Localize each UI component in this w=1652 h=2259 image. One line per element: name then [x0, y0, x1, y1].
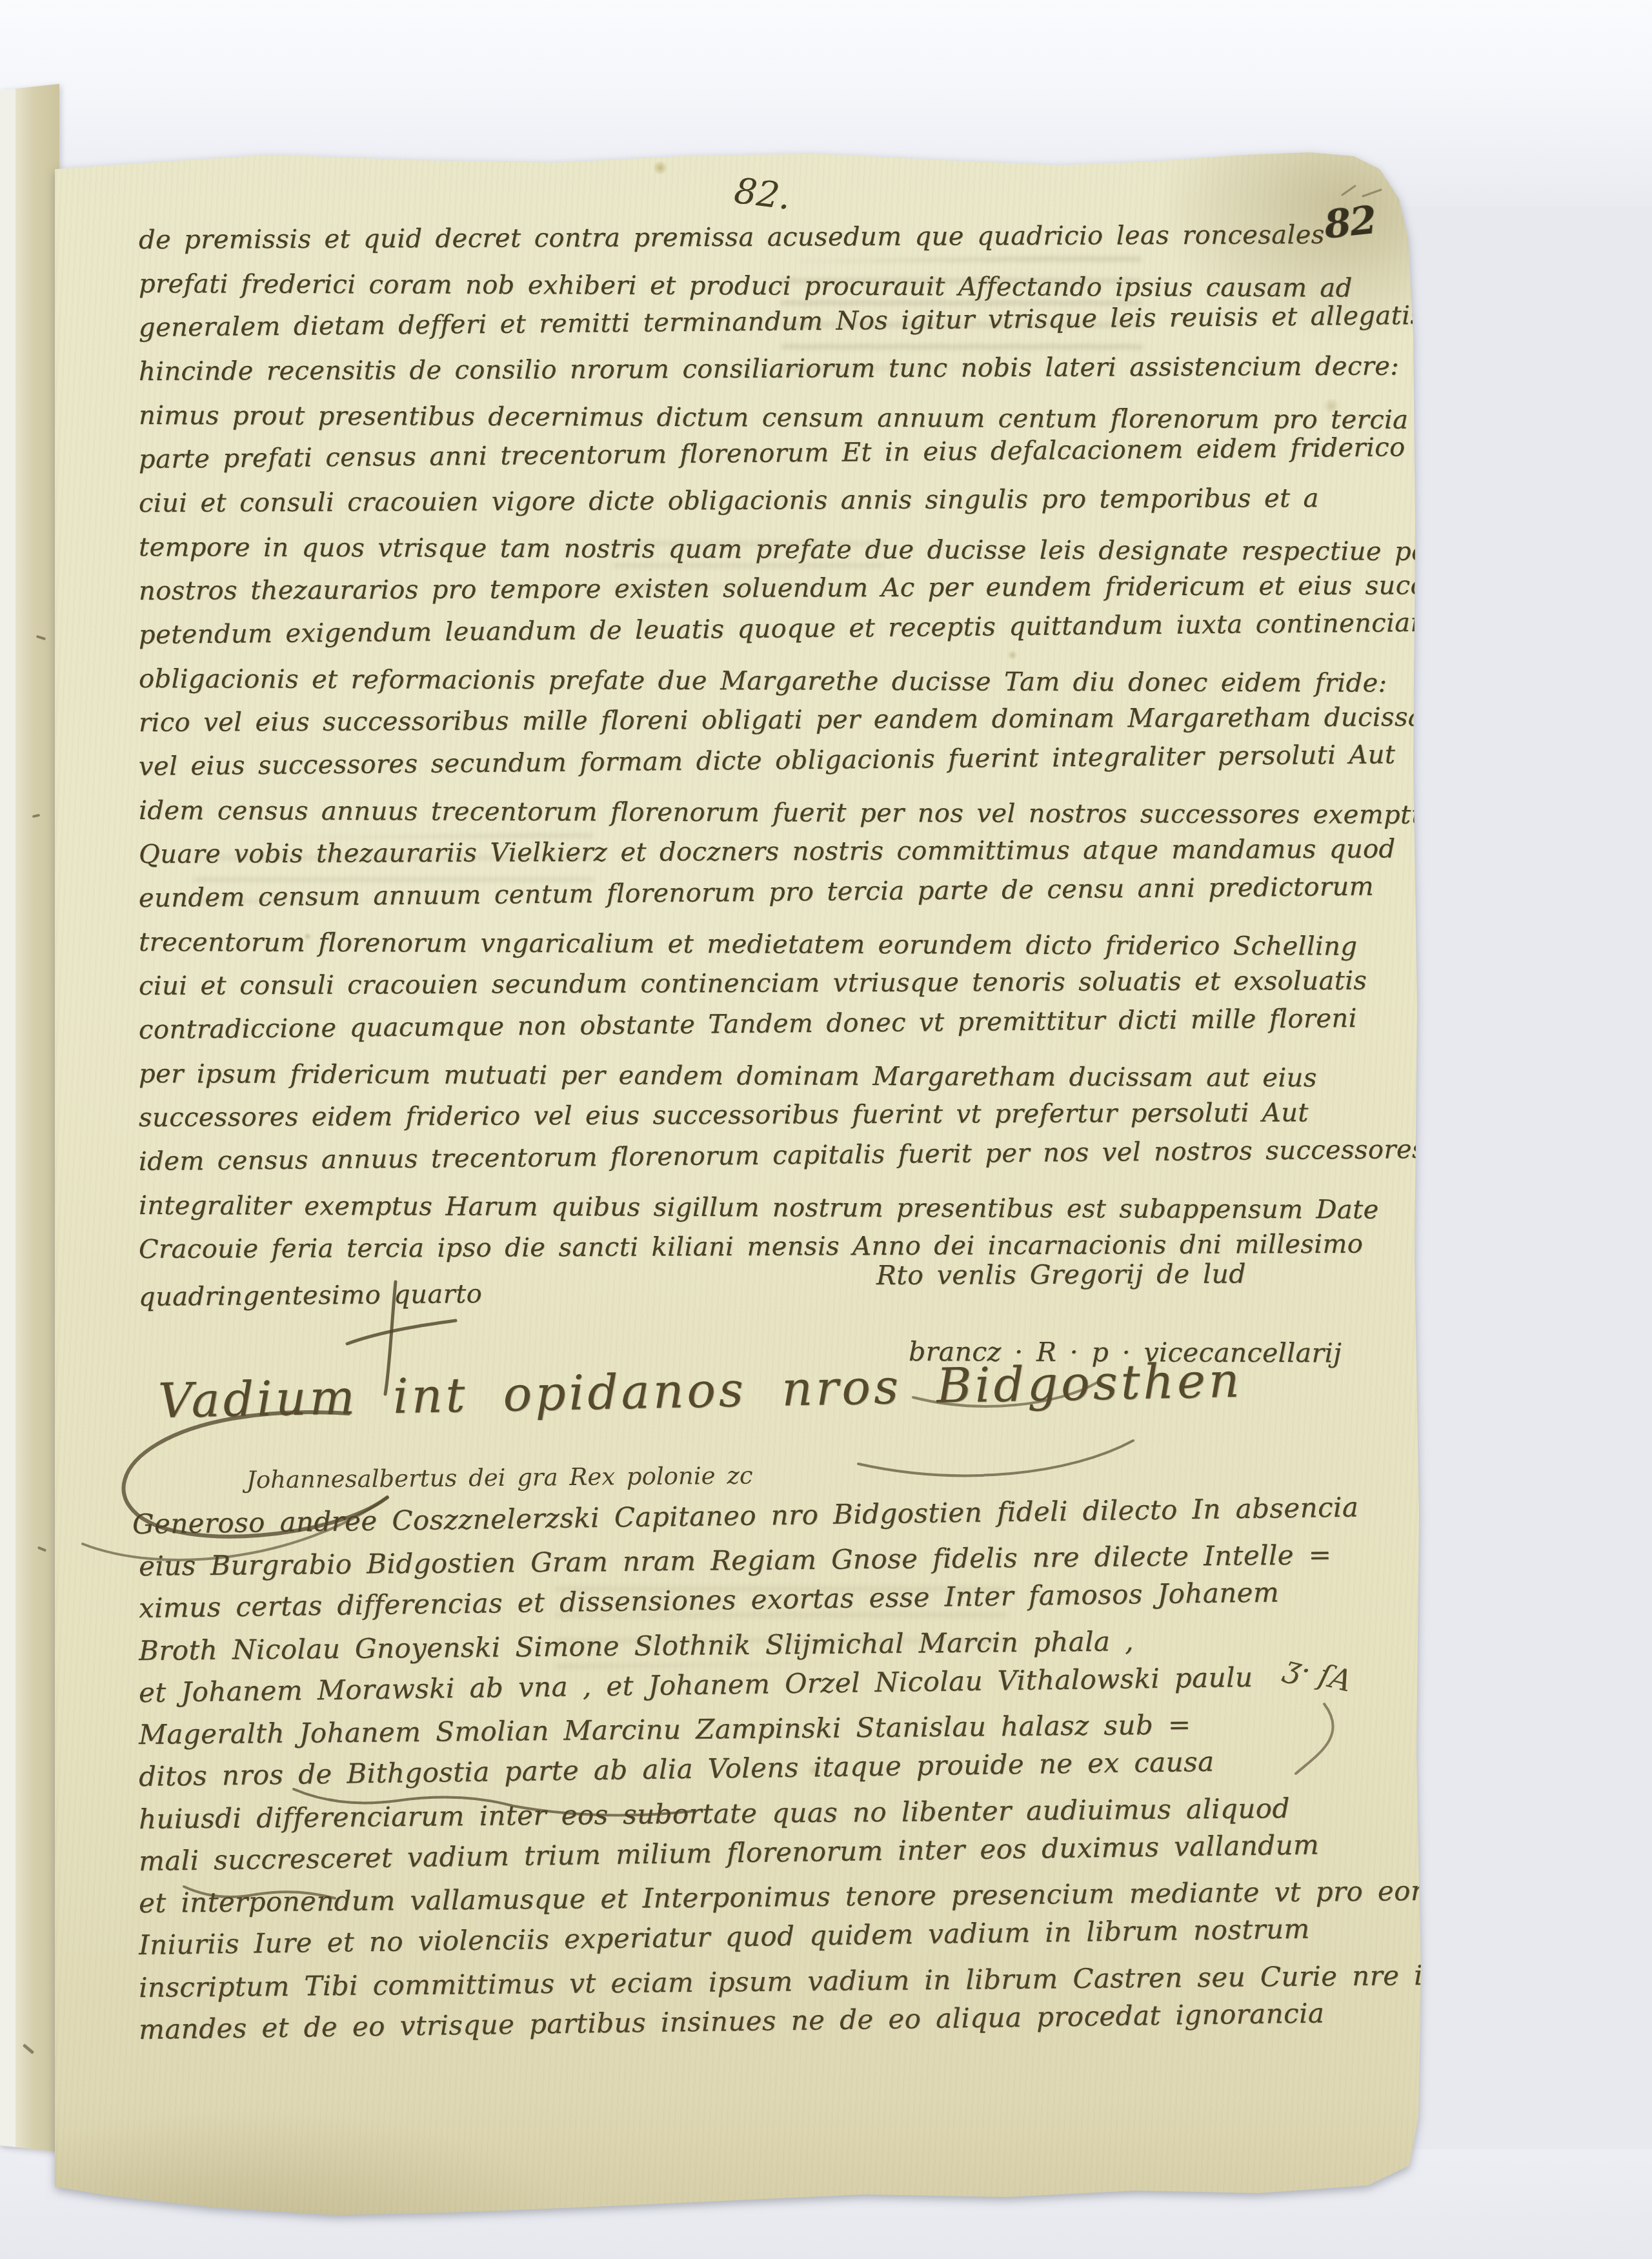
- signature-line: Rto venlis Gregorij de lud: [876, 1253, 1246, 1296]
- heading-tail-swash: [858, 1441, 1133, 1475]
- stain: [652, 161, 669, 174]
- manuscript-line: ciui et consuli cracouien vigore dicte o…: [139, 478, 1319, 524]
- manuscript-line: per ipsum fridericum mutuati per eandem …: [139, 1053, 1317, 1099]
- manuscript-line: quadringentesimo quarto: [139, 1273, 483, 1318]
- manuscript-line: de premissis et quid decret contra premi…: [139, 214, 1325, 261]
- stain: [1007, 651, 1018, 660]
- royal-intitulatio: Johannesalbertus dei gra Rex polonie zc: [247, 1462, 753, 1494]
- parchment-page: 82. 82 de premissis et quid decret contr…: [0, 0, 1652, 2259]
- parchment-page-wrap: 82. 82 de premissis et quid decret contr…: [0, 0, 1652, 2259]
- corner-scribble: [1342, 186, 1355, 195]
- corner-scribble: [1363, 190, 1381, 196]
- margin-note-tail: [1296, 1704, 1333, 1774]
- manuscript-scan: 82. 82 de premissis et quid decret contr…: [0, 0, 1652, 2259]
- entry-heading: Vadium int opidanos nros Bidgosthen: [157, 1353, 1243, 1429]
- folio-number-corner: 82: [1322, 198, 1378, 248]
- folio-number-center: 82.: [732, 170, 793, 218]
- margin-note: ʒ· ſA: [1281, 1648, 1355, 1699]
- cross-mark: [347, 1321, 456, 1344]
- manuscript-line: hincinde recensitis de consilio nrorum c…: [139, 345, 1399, 392]
